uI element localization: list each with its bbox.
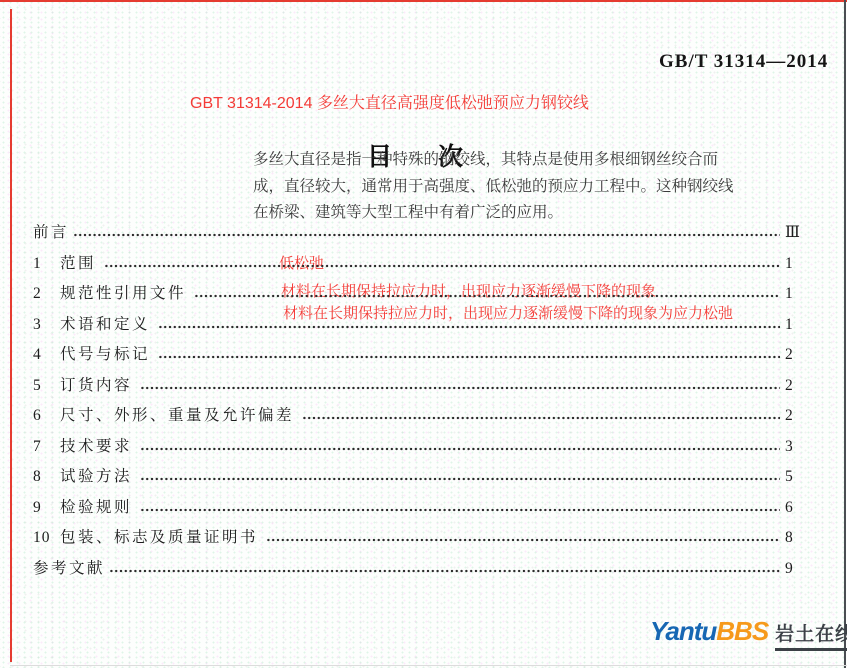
intro-line: 成，直径较大，通常用于高强度、低松弛的预应力工程中。这种钢绞线 [253, 174, 734, 201]
toc-entry-page: 1 [785, 284, 803, 303]
scan-border-right [844, 0, 846, 668]
dot-leader [158, 315, 780, 332]
dot-leader [158, 345, 780, 362]
toc-entry-page: 1 [785, 315, 803, 334]
intro-paragraph: 多丝大直径是指一种特殊的钢绞线，其特点是使用多根细钢丝绞合而 成，直径较大，通常… [253, 147, 734, 227]
toc-entry-label: 订货内容 [60, 376, 132, 395]
toc-entry-page: 5 [785, 467, 803, 486]
toc-row-6: 6 尺寸、外形、重量及允许偏差 2 [33, 406, 803, 437]
toc-row-10: 10 包装、标志及质量证明书 8 [33, 528, 803, 559]
toc-row-7: 7 技术要求 3 [33, 437, 803, 468]
toc-entry-label: 包装、标志及质量证明书 [60, 528, 258, 547]
logo-text-chinese: 岩土在线 [775, 619, 847, 651]
table-of-contents: 前言 Ⅲ 1 范围 1 2 规范性引用文件 1 3 术语和定义 1 4 代号与标… [33, 223, 803, 590]
toc-entry-page: 9 [785, 559, 803, 578]
toc-row-4: 4 代号与标记 2 [33, 345, 803, 376]
dot-leader [140, 437, 780, 454]
scan-border-left [10, 9, 12, 662]
document-page: GB/T 31314—2014 GBT 31314-2014 多丝大直径高强度低… [0, 0, 847, 668]
toc-entry-number: 8 [33, 467, 60, 486]
toc-entry-number: 10 [33, 528, 60, 547]
toc-entry-page: 2 [785, 376, 803, 395]
toc-entry-number: 2 [33, 284, 60, 303]
toc-entry-label: 参考文献 [33, 559, 105, 578]
toc-row-9: 9 检验规则 6 [33, 498, 803, 529]
toc-entry-number: 4 [33, 345, 60, 364]
toc-row-2: 2 规范性引用文件 1 [33, 284, 803, 315]
dot-leader [73, 223, 780, 240]
toc-entry-label: 检验规则 [60, 498, 132, 517]
scan-border-bottom [10, 665, 847, 666]
scan-border-top [0, 0, 847, 2]
toc-entry-page: 8 [785, 528, 803, 547]
yantubbs-logo: Yantu BBS 岩土在线 [650, 616, 847, 651]
toc-entry-page: 6 [785, 498, 803, 517]
toc-entry-label: 前言 [33, 223, 69, 242]
toc-entry-number: 9 [33, 498, 60, 517]
toc-entry-number: 7 [33, 437, 60, 456]
toc-entry-number: 6 [33, 406, 60, 425]
dot-leader [140, 498, 780, 515]
toc-entry-label: 试验方法 [60, 467, 132, 486]
logo-text-yantu: Yantu [650, 616, 716, 647]
toc-entry-number: 5 [33, 376, 60, 395]
toc-entry-label: 代号与标记 [60, 345, 150, 364]
toc-row-foreword: 前言 Ⅲ [33, 223, 803, 254]
toc-entry-page: 3 [785, 437, 803, 456]
toc-entry-label: 规范性引用文件 [60, 284, 186, 303]
toc-row-references: 参考文献 9 [33, 559, 803, 590]
toc-row-3: 3 术语和定义 1 [33, 315, 803, 346]
dot-leader [104, 254, 780, 271]
toc-entry-page: 2 [785, 406, 803, 425]
dot-leader [140, 376, 780, 393]
red-top-annotation: GBT 31314-2014 多丝大直径高强度低松弛预应力钢铰线 [190, 90, 589, 113]
toc-row-1: 1 范围 1 [33, 254, 803, 285]
dot-leader [194, 284, 780, 301]
toc-entry-page: Ⅲ [785, 223, 803, 242]
toc-entry-page: 1 [785, 254, 803, 273]
intro-line: 多丝大直径是指一种特殊的钢绞线，其特点是使用多根细钢丝绞合而 [253, 147, 734, 174]
standard-number: GB/T 31314—2014 [659, 51, 828, 73]
toc-entry-label: 术语和定义 [60, 315, 150, 334]
toc-row-5: 5 订货内容 2 [33, 376, 803, 407]
toc-entry-page: 2 [785, 345, 803, 364]
logo-text-bbs: BBS [716, 616, 768, 647]
toc-row-8: 8 试验方法 5 [33, 467, 803, 498]
dot-leader [266, 528, 780, 545]
dot-leader [140, 467, 780, 484]
toc-entry-label: 技术要求 [60, 437, 132, 456]
toc-entry-label: 范围 [60, 254, 96, 273]
toc-entry-number: 3 [33, 315, 60, 334]
dot-leader [302, 406, 780, 423]
dot-leader [109, 559, 780, 576]
toc-entry-number: 1 [33, 254, 60, 273]
toc-entry-label: 尺寸、外形、重量及允许偏差 [60, 406, 294, 425]
